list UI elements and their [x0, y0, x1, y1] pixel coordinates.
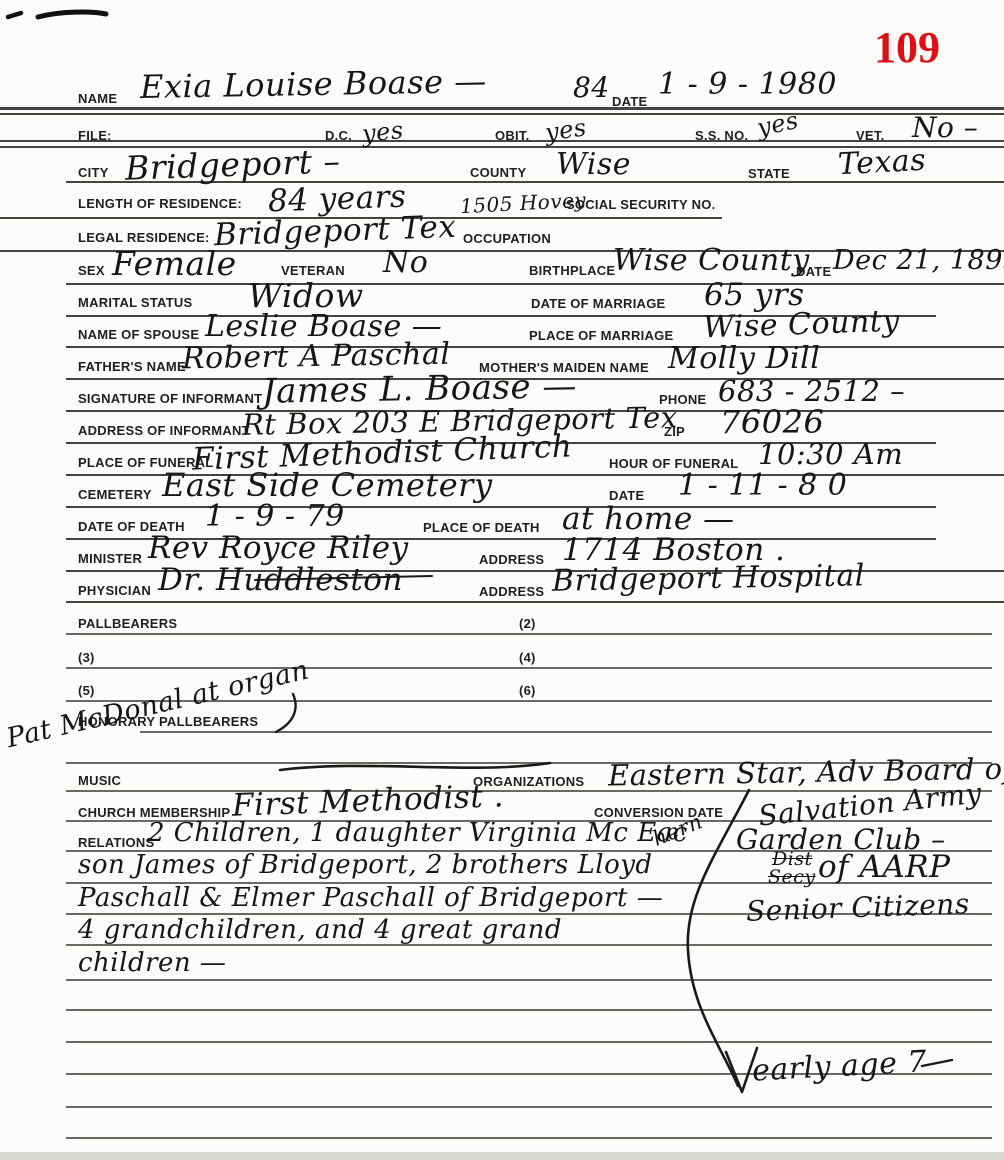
scan-bottom-edge — [0, 1152, 1004, 1160]
relations-line-4: 4 grandchildren, and 4 great grand — [78, 917, 562, 943]
pallbearer-3-label: (3) — [78, 651, 95, 664]
relations-line-1: 2 Children, 1 daughter Virginia Mc Eac — [148, 820, 688, 846]
music-row-squiggle — [280, 763, 550, 770]
death-date-value: 1 - 9 - 79 — [205, 502, 345, 532]
minister-address-label: ADDRESS — [479, 553, 544, 566]
veteran-value: No — [383, 248, 428, 278]
ssno-value: yes — [755, 108, 801, 140]
father-name-label: FATHER'S NAME — [78, 360, 186, 373]
age-value: 84 — [573, 74, 610, 102]
obit-label: OBIT. — [495, 129, 529, 142]
pallbearer-5-label: (5) — [78, 684, 95, 697]
funeral-hour-value: 10:30 Am — [758, 440, 903, 469]
age-note: early age 7 — [751, 1047, 927, 1086]
rule-cemetery — [66, 506, 936, 508]
rule-blank-5 — [66, 1106, 992, 1108]
sex-value: Female — [112, 247, 237, 280]
social-security-label: SOCIAL SECURITY NO. — [566, 198, 715, 211]
zip-label: ZIP — [664, 425, 685, 438]
vet-label: VET. — [856, 129, 884, 142]
sex-label: SEX — [78, 264, 105, 277]
marital-status-value: Widow — [248, 279, 364, 312]
page-number: 109 — [874, 26, 940, 70]
rule-name-top — [0, 107, 1004, 110]
file-label: FILE: — [78, 129, 112, 142]
death-place-label: PLACE OF DEATH — [423, 521, 540, 534]
rule-relations-5 — [66, 979, 992, 981]
scan-mark-long-stroke — [38, 12, 106, 17]
relations-line-5: children — — [78, 950, 226, 976]
relations-line-2: son James of Bridgeport, 2 brothers Lloy… — [78, 852, 653, 878]
relations-line-3: Paschall & Elmer Paschall of Bridgeport … — [78, 885, 663, 911]
rule-blank-2 — [66, 1009, 992, 1011]
informant-signature-label: SIGNATURE OF INFORMANT — [78, 392, 262, 405]
marriage-place-value: Wise County — [703, 307, 901, 344]
birthplace-label: BIRTHPLACE — [529, 264, 615, 277]
rule-blank-3 — [66, 1041, 992, 1043]
pallbearers-label: PALLBEARERS — [78, 617, 177, 630]
physician-address-value: Bridgeport Hospital — [552, 561, 865, 596]
pallbearer-6-label: (6) — [519, 684, 536, 697]
music-label: MUSIC — [78, 774, 121, 787]
dc-label: D.C. — [325, 129, 352, 142]
death-place-value: at home — — [562, 504, 735, 535]
physician-address-label: ADDRESS — [479, 585, 544, 598]
relations-label: RELATIONS — [78, 836, 154, 849]
marriage-place-label: PLACE OF MARRIAGE — [529, 329, 673, 342]
state-value: Texas — [837, 146, 927, 181]
zip-value: 76026 — [720, 406, 824, 438]
city-label: CITY — [78, 166, 109, 179]
occupation-label: OCCUPATION — [463, 232, 551, 245]
name-label: NAME — [78, 92, 117, 105]
ssno-label: S.S. NO. — [695, 129, 748, 142]
county-label: COUNTY — [470, 166, 526, 179]
residence-length-label: LENGTH OF RESIDENCE: — [78, 197, 242, 210]
legal-residence-label: LEGAL RESIDENCE: — [78, 231, 210, 244]
rule-physician — [66, 601, 1004, 603]
name-value: Exia Louise Boase — — [140, 65, 487, 103]
rule-sex — [66, 283, 1004, 285]
marital-status-label: MARITAL STATUS — [78, 296, 192, 309]
informant-address-label: ADDRESS OF INFORMANT — [78, 424, 250, 437]
scan-mark-short-dash — [8, 13, 21, 17]
birthplace-value: Wise County — [613, 246, 810, 276]
organ-note: Pat McDonal at organ — [4, 656, 311, 752]
marriage-date-label: DATE OF MARRIAGE — [531, 297, 665, 310]
rule-blank-6 — [66, 1137, 992, 1139]
phone-value: 683 - 2512 – — [718, 377, 905, 406]
rule-pallbearers-34 — [66, 667, 992, 669]
name-date-label: DATE — [612, 95, 647, 108]
minister-label: MINISTER — [78, 552, 142, 565]
pallbearer-4-label: (4) — [519, 651, 536, 664]
spouse-name-label: NAME OF SPOUSE — [78, 328, 199, 341]
cemetery-value: East Side Cemetery — [162, 469, 493, 501]
church-membership-value: First Methodist . — [232, 781, 505, 821]
physician-label: PHYSICIAN — [78, 584, 151, 597]
cemetery-label: CEMETERY — [78, 488, 152, 501]
physician-value: Dr. Huddleston — [158, 565, 403, 596]
birth-date-value: Dec 21, 1895 — [833, 247, 1004, 274]
name-date-value: 1 - 9 - 1980 — [658, 70, 837, 100]
city-value: Bridgeport – — [124, 144, 340, 184]
pallbearer-2-label: (2) — [519, 617, 536, 630]
minister-value: Rev Royce Riley — [148, 533, 409, 564]
side-note-aarp: of AARP — [818, 852, 950, 883]
marriage-date-value: 65 yrs — [704, 280, 805, 311]
state-label: STATE — [748, 167, 790, 180]
side-note-struck-secy: Secy — [768, 868, 816, 887]
obit-value: yes — [544, 115, 589, 145]
dc-value: yes — [361, 118, 405, 146]
vet-value: No – — [912, 114, 978, 142]
rule-honorary — [140, 731, 992, 733]
scanned-funeral-record-card: 109 NAME Exia Louise Boase — 84 DATE 1 -… — [0, 0, 1004, 1160]
rule-pallbearers — [66, 633, 992, 635]
side-note-senior-citizens: Senior Citizens — [746, 890, 971, 926]
county-value: Wise — [556, 150, 631, 180]
rule-name-bottom — [0, 113, 1004, 115]
burial-date-value: 1 - 11 - 8 0 — [678, 471, 847, 501]
mother-maiden-value: Molly Dill — [668, 344, 820, 374]
